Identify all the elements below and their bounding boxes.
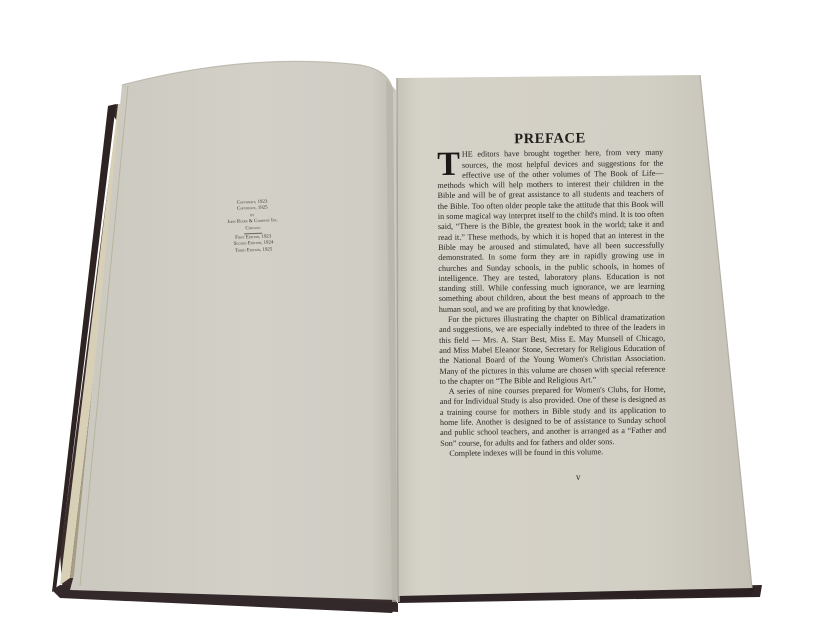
- open-book: [0, 0, 828, 621]
- preface-paragraph-2: For the pictures illustrating the chapte…: [439, 313, 666, 387]
- preface-paragraph-1-text: HE editors have brought together here, f…: [437, 148, 664, 314]
- preface-text: PREFACE THE editors have brought togethe…: [437, 133, 666, 460]
- book-photo: Copyright, 1923 Copyright, 1925 by John …: [0, 0, 828, 621]
- preface-paragraph-3: A series of nine courses prepared for Wo…: [440, 385, 667, 449]
- preface-title: PREFACE: [437, 133, 663, 146]
- left-page: [70, 61, 398, 600]
- drop-cap: T: [437, 151, 460, 179]
- page-number: v: [576, 472, 581, 482]
- copyright-block: Copyright, 1923 Copyright, 1925 by John …: [197, 198, 309, 256]
- preface-paragraph-1: THE editors have brought together here, …: [437, 148, 665, 315]
